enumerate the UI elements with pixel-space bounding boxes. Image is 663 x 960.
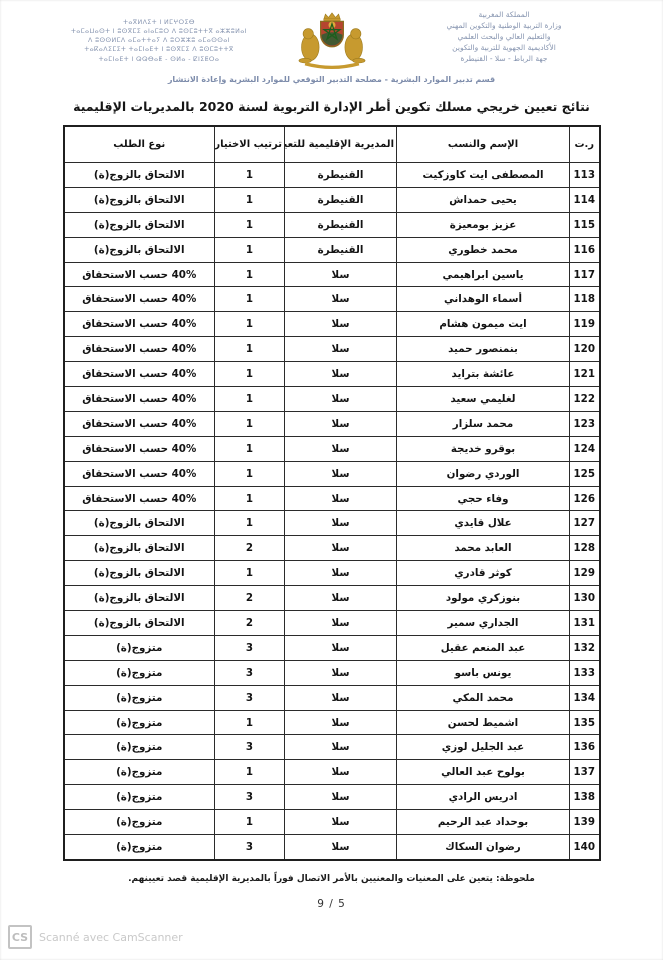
row-request-type-cell: متزوج(ة) <box>64 660 215 685</box>
row-name-cell: كوثر قادري <box>397 561 570 586</box>
row-directorate-cell: سلا <box>285 436 397 461</box>
row-id-cell: 129 <box>570 561 600 586</box>
kingdom-line: المملكة المغربية <box>382 10 627 21</box>
row-request-type-cell: 40% حسب الاستحقاق <box>64 436 215 461</box>
row-request-type-cell: الالتحاق بالزوج(ة) <box>64 561 215 586</box>
row-request-type-cell: الالتحاق بالزوج(ة) <box>64 511 215 536</box>
department-line: قسم تدبير الموارد البشرية - مصلحة التدبي… <box>0 75 663 84</box>
row-request-type-cell: متزوج(ة) <box>64 810 215 835</box>
row-rank-cell: 3 <box>215 660 285 685</box>
row-id-cell: 131 <box>570 611 600 636</box>
row-name-cell: محمد خطوري <box>397 237 570 262</box>
row-directorate-cell: سلا <box>285 835 397 860</box>
row-request-type-cell: متزوج(ة) <box>64 685 215 710</box>
row-name-cell: عائشة بترايد <box>397 362 570 387</box>
table-row: 125 الوردي رضوان سلا 1 40% حسب الاستحقاق <box>64 461 600 486</box>
row-name-cell: محمد المكي <box>397 685 570 710</box>
table-row: 138 ادريس الرادي سلا 3 متزوج(ة) <box>64 785 600 810</box>
row-request-type-cell: 40% حسب الاستحقاق <box>64 362 215 387</box>
row-rank-cell: 1 <box>215 810 285 835</box>
row-name-cell: يونس باسو <box>397 660 570 685</box>
row-id-cell: 114 <box>570 187 600 212</box>
table-row: 135 اشميط لحسن سلا 1 متزوج(ة) <box>64 710 600 735</box>
row-directorate-cell: القنيطرة <box>285 187 397 212</box>
table-row: 118 أسماء الوهداني سلا 1 40% حسب الاستحق… <box>64 287 600 312</box>
row-directorate-cell: سلا <box>285 785 397 810</box>
table-row: 120 بنمنصور حميد سلا 1 40% حسب الاستحقاق <box>64 337 600 362</box>
row-name-cell: عبد المنعم عقيل <box>397 635 570 660</box>
row-name-cell: بنمنصور حميد <box>397 337 570 362</box>
row-rank-cell: 1 <box>215 312 285 337</box>
header-arabic-block: المملكة المغربية وزارة التربية الوطنية و… <box>382 10 627 64</box>
row-request-type-cell: 40% حسب الاستحقاق <box>64 287 215 312</box>
row-name-cell: اشميط لحسن <box>397 710 570 735</box>
row-directorate-cell: سلا <box>285 287 397 312</box>
row-directorate-cell: سلا <box>285 586 397 611</box>
row-directorate-cell: سلا <box>285 362 397 387</box>
row-id-cell: 126 <box>570 486 600 511</box>
row-request-type-cell: الالتحاق بالزوج(ة) <box>64 187 215 212</box>
row-request-type-cell: الالتحاق بالزوج(ة) <box>64 163 215 188</box>
row-name-cell: محمد سلزار <box>397 411 570 436</box>
row-id-cell: 119 <box>570 312 600 337</box>
row-request-type-cell: 40% حسب الاستحقاق <box>64 411 215 436</box>
row-directorate-cell: سلا <box>285 760 397 785</box>
page-number: 9 / 5 <box>0 898 663 910</box>
row-rank-cell: 1 <box>215 461 285 486</box>
region-line: جهة الرباط - سلا - القنيطرة <box>382 54 627 65</box>
row-directorate-cell: سلا <box>285 387 397 412</box>
academy-line: الأكاديمية الجهوية للتربية والتكوين <box>382 43 627 54</box>
row-id-cell: 137 <box>570 760 600 785</box>
row-name-cell: بوحداد عبد الرحيم <box>397 810 570 835</box>
table-row: 129 كوثر قادري سلا 1 الالتحاق بالزوج(ة) <box>64 561 600 586</box>
row-id-cell: 113 <box>570 163 600 188</box>
row-request-type-cell: الالتحاق بالزوج(ة) <box>64 611 215 636</box>
row-request-type-cell: 40% حسب الاستحقاق <box>64 461 215 486</box>
row-name-cell: عبد الجليل لوزي <box>397 735 570 760</box>
row-directorate-cell: سلا <box>285 561 397 586</box>
table-row: 140 رضوان السكاك سلا 3 متزوج(ة) <box>64 835 600 860</box>
row-name-cell: أسماء الوهداني <box>397 287 570 312</box>
ministry-line: والتعليم العالي والبحث العلمي <box>382 32 627 43</box>
table-row: 116 محمد خطوري القنيطرة 1 الالتحاق بالزو… <box>64 237 600 262</box>
row-id-cell: 136 <box>570 735 600 760</box>
row-rank-cell: 1 <box>215 387 285 412</box>
table-row: 124 بوقرو خديجة سلا 1 40% حسب الاستحقاق <box>64 436 600 461</box>
scanned-document-page: ⵜⴰⴳⵍⴷⵉⵜ ⵏ ⵍⵎⵖⵔⵉⴱ ⵜⴰⵎⴰⵡⴰⵙⵜ ⵏ ⵓⵙⴳⵎⵉ ⴰⵏⴰⵎⵓⵔ… <box>0 0 663 960</box>
table-row: 115 عزيز بومعيزة القنيطرة 1 الالتحاق بال… <box>64 212 600 237</box>
table-row: 121 عائشة بترايد سلا 1 40% حسب الاستحقاق <box>64 362 600 387</box>
row-request-type-cell: الالتحاق بالزوج(ة) <box>64 237 215 262</box>
row-rank-cell: 3 <box>215 735 285 760</box>
row-name-cell: عزيز بومعيزة <box>397 212 570 237</box>
row-directorate-cell: سلا <box>285 810 397 835</box>
row-id-cell: 128 <box>570 536 600 561</box>
table-row: 133 يونس باسو سلا 3 متزوج(ة) <box>64 660 600 685</box>
row-id-cell: 116 <box>570 237 600 262</box>
row-name-cell: العابد محمد <box>397 536 570 561</box>
table-row: 113 المصطفى ايت كاوزكيت القنيطرة 1 الالت… <box>64 163 600 188</box>
row-request-type-cell: متزوج(ة) <box>64 635 215 660</box>
table-row: 137 بولوح عبد العالي سلا 1 متزوج(ة) <box>64 760 600 785</box>
row-rank-cell: 3 <box>215 835 285 860</box>
row-rank-cell: 2 <box>215 611 285 636</box>
row-name-cell: الجداري سمير <box>397 611 570 636</box>
table-row: 134 محمد المكي سلا 3 متزوج(ة) <box>64 685 600 710</box>
row-directorate-cell: سلا <box>285 685 397 710</box>
row-rank-cell: 1 <box>215 337 285 362</box>
row-request-type-cell: 40% حسب الاستحقاق <box>64 337 215 362</box>
row-rank-cell: 2 <box>215 536 285 561</box>
row-directorate-cell: القنيطرة <box>285 237 397 262</box>
table-row: 126 وفاء حجي سلا 1 40% حسب الاستحقاق <box>64 486 600 511</box>
row-rank-cell: 1 <box>215 436 285 461</box>
emblem-container <box>282 10 382 72</box>
row-name-cell: ياسين ابراهيمي <box>397 262 570 287</box>
row-id-cell: 125 <box>570 461 600 486</box>
table-row: 130 بنوزكري مولود سلا 2 الالتحاق بالزوج(… <box>64 586 600 611</box>
column-header-rank: ترتيب الاختيار <box>215 126 285 163</box>
row-id-cell: 127 <box>570 511 600 536</box>
column-header-directorate: المديرية الإقليمية للتعيين <box>285 126 397 163</box>
table-row: 128 العابد محمد سلا 2 الالتحاق بالزوج(ة) <box>64 536 600 561</box>
row-rank-cell: 1 <box>215 511 285 536</box>
row-name-cell: ايت ميمون هشام <box>397 312 570 337</box>
row-name-cell: يحيى حمداش <box>397 187 570 212</box>
row-request-type-cell: متزوج(ة) <box>64 785 215 810</box>
row-directorate-cell: سلا <box>285 337 397 362</box>
ministry-line: وزارة التربية الوطنية والتكوين المهني <box>382 21 627 32</box>
results-table-body: 113 المصطفى ايت كاوزكيت القنيطرة 1 الالت… <box>64 163 600 860</box>
row-id-cell: 123 <box>570 411 600 436</box>
row-name-cell: الوردي رضوان <box>397 461 570 486</box>
row-request-type-cell: 40% حسب الاستحقاق <box>64 486 215 511</box>
row-request-type-cell: متزوج(ة) <box>64 760 215 785</box>
table-row: 127 علال قايدي سلا 1 الالتحاق بالزوج(ة) <box>64 511 600 536</box>
row-request-type-cell: متزوج(ة) <box>64 835 215 860</box>
row-directorate-cell: سلا <box>285 511 397 536</box>
row-request-type-cell: 40% حسب الاستحقاق <box>64 387 215 412</box>
header-tifinagh-block: ⵜⴰⴳⵍⴷⵉⵜ ⵏ ⵍⵎⵖⵔⵉⴱ ⵜⴰⵎⴰⵡⴰⵙⵜ ⵏ ⵓⵙⴳⵎⵉ ⴰⵏⴰⵎⵓⵔ… <box>37 10 282 64</box>
row-id-cell: 139 <box>570 810 600 835</box>
row-directorate-cell: سلا <box>285 536 397 561</box>
row-rank-cell: 1 <box>215 287 285 312</box>
row-id-cell: 118 <box>570 287 600 312</box>
row-rank-cell: 1 <box>215 187 285 212</box>
moroccan-coat-of-arms-icon <box>290 10 374 72</box>
table-row: 136 عبد الجليل لوزي سلا 3 متزوج(ة) <box>64 735 600 760</box>
row-directorate-cell: القنيطرة <box>285 212 397 237</box>
row-id-cell: 134 <box>570 685 600 710</box>
row-directorate-cell: سلا <box>285 710 397 735</box>
row-id-cell: 121 <box>570 362 600 387</box>
row-rank-cell: 3 <box>215 785 285 810</box>
tifinagh-line: ⵜⴰⴽⴰⴷⵉⵎⵉⵜ ⵜⴰⵎⵏⴰⴹⵜ ⵏ ⵓⵙⴳⵎⵉ ⴷ ⵓⵙⵎⵓⵜⵜⴳ <box>37 45 282 54</box>
row-name-cell: بنوزكري مولود <box>397 586 570 611</box>
row-rank-cell: 2 <box>215 586 285 611</box>
row-id-cell: 140 <box>570 835 600 860</box>
row-request-type-cell: الالتحاق بالزوج(ة) <box>64 212 215 237</box>
row-id-cell: 124 <box>570 436 600 461</box>
footer-note: ملحوظة: يتعين على المعنيات والمعنيين بال… <box>0 874 663 884</box>
column-header-id: ر.ت <box>570 126 600 163</box>
results-table: ر.ت الإسم والنسب المديرية الإقليمية للتع… <box>63 125 601 861</box>
table-row: 132 عبد المنعم عقيل سلا 3 متزوج(ة) <box>64 635 600 660</box>
row-id-cell: 115 <box>570 212 600 237</box>
row-request-type-cell: الالتحاق بالزوج(ة) <box>64 586 215 611</box>
tifinagh-line: ⵜⴰⴳⵍⴷⵉⵜ ⵏ ⵍⵎⵖⵔⵉⴱ <box>37 18 282 27</box>
column-header-request-type: نوع الطلب <box>64 126 215 163</box>
row-name-cell: بوقرو خديجة <box>397 436 570 461</box>
camscanner-label: Scanné avec CamScanner <box>39 931 183 944</box>
row-rank-cell: 1 <box>215 710 285 735</box>
row-id-cell: 135 <box>570 710 600 735</box>
row-rank-cell: 1 <box>215 262 285 287</box>
row-directorate-cell: سلا <box>285 312 397 337</box>
row-id-cell: 120 <box>570 337 600 362</box>
row-id-cell: 138 <box>570 785 600 810</box>
row-id-cell: 133 <box>570 660 600 685</box>
row-rank-cell: 1 <box>215 760 285 785</box>
row-rank-cell: 1 <box>215 561 285 586</box>
table-row: 139 بوحداد عبد الرحيم سلا 1 متزوج(ة) <box>64 810 600 835</box>
row-directorate-cell: سلا <box>285 635 397 660</box>
table-header-row: ر.ت الإسم والنسب المديرية الإقليمية للتع… <box>64 126 600 163</box>
table-row: 123 محمد سلزار سلا 1 40% حسب الاستحقاق <box>64 411 600 436</box>
row-directorate-cell: سلا <box>285 461 397 486</box>
row-name-cell: المصطفى ايت كاوزكيت <box>397 163 570 188</box>
row-id-cell: 122 <box>570 387 600 412</box>
table-row: 119 ايت ميمون هشام سلا 1 40% حسب الاستحق… <box>64 312 600 337</box>
row-request-type-cell: متزوج(ة) <box>64 735 215 760</box>
document-header: ⵜⴰⴳⵍⴷⵉⵜ ⵏ ⵍⵎⵖⵔⵉⴱ ⵜⴰⵎⴰⵡⴰⵙⵜ ⵏ ⵓⵙⴳⵎⵉ ⴰⵏⴰⵎⵓⵔ… <box>0 0 663 72</box>
row-rank-cell: 1 <box>215 362 285 387</box>
camscanner-logo-icon: CS <box>8 925 32 949</box>
row-directorate-cell: القنيطرة <box>285 163 397 188</box>
row-name-cell: رضوان السكاك <box>397 835 570 860</box>
row-name-cell: ادريس الرادي <box>397 785 570 810</box>
row-name-cell: وفاء حجي <box>397 486 570 511</box>
row-request-type-cell: متزوج(ة) <box>64 710 215 735</box>
row-directorate-cell: سلا <box>285 262 397 287</box>
table-row: 114 يحيى حمداش القنيطرة 1 الالتحاق بالزو… <box>64 187 600 212</box>
row-rank-cell: 1 <box>215 486 285 511</box>
row-request-type-cell: الالتحاق بالزوج(ة) <box>64 536 215 561</box>
row-directorate-cell: سلا <box>285 486 397 511</box>
row-name-cell: بولوح عبد العالي <box>397 760 570 785</box>
tifinagh-line: ⵜⴰⵎⵏⴰⴹⵜ ⵏ ⵕⵕⴱⴰⵟ - ⵙⵍⴰ - ⵇⵏⵉⵟⵔⴰ <box>37 55 282 64</box>
row-id-cell: 132 <box>570 635 600 660</box>
row-name-cell: لغليمي سعيد <box>397 387 570 412</box>
row-directorate-cell: سلا <box>285 660 397 685</box>
row-rank-cell: 1 <box>215 163 285 188</box>
table-row: 117 ياسين ابراهيمي سلا 1 40% حسب الاستحق… <box>64 262 600 287</box>
row-rank-cell: 3 <box>215 685 285 710</box>
row-directorate-cell: سلا <box>285 611 397 636</box>
row-rank-cell: 1 <box>215 212 285 237</box>
row-rank-cell: 1 <box>215 237 285 262</box>
row-id-cell: 130 <box>570 586 600 611</box>
page-title: نتائج تعيين خريجي مسلك تكوين أطر الإدارة… <box>0 99 663 114</box>
row-request-type-cell: 40% حسب الاستحقاق <box>64 312 215 337</box>
row-directorate-cell: سلا <box>285 735 397 760</box>
tifinagh-line: ⵜⴰⵎⴰⵡⴰⵙⵜ ⵏ ⵓⵙⴳⵎⵉ ⴰⵏⴰⵎⵓⵔ ⴷ ⵓⵙⵎⵓⵜⵜⴳ ⴰⵣⵣⵓⵍⴰ… <box>37 27 282 36</box>
table-row: 122 لغليمي سعيد سلا 1 40% حسب الاستحقاق <box>64 387 600 412</box>
column-header-name: الإسم والنسب <box>397 126 570 163</box>
row-directorate-cell: سلا <box>285 411 397 436</box>
row-rank-cell: 1 <box>215 411 285 436</box>
table-row: 131 الجداري سمير سلا 2 الالتحاق بالزوج(ة… <box>64 611 600 636</box>
row-name-cell: علال قايدي <box>397 511 570 536</box>
row-rank-cell: 3 <box>215 635 285 660</box>
row-id-cell: 117 <box>570 262 600 287</box>
row-request-type-cell: 40% حسب الاستحقاق <box>64 262 215 287</box>
camscanner-badge: CS Scanné avec CamScanner <box>8 925 183 949</box>
tifinagh-line: ⴷ ⵓⵙⵙⵍⵎⴷ ⴰⵎⴰⵜⵜⴰⵢ ⴷ ⵓⵔⵣⵣⵓ ⴰⵎⴰⵙⵙⴰⵏ <box>37 36 282 45</box>
